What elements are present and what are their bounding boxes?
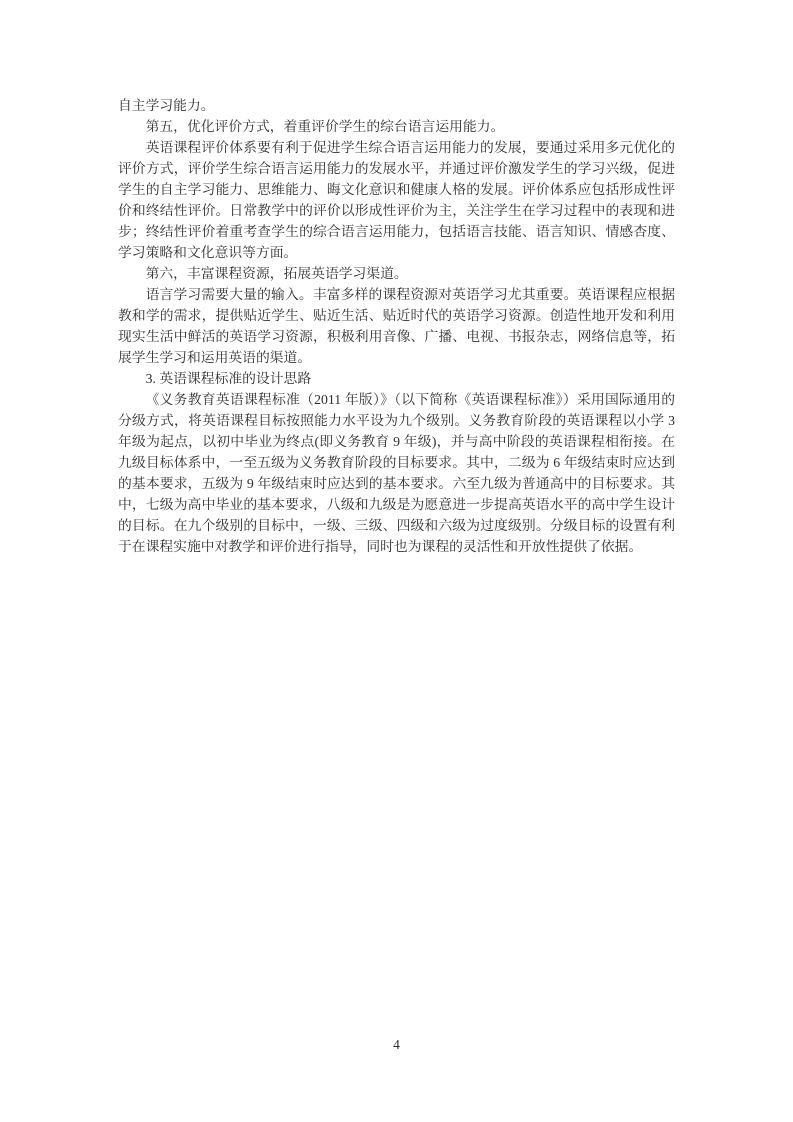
text-line: 分级方式，将英语课程目标按照能力水平设为九个级别。义务教育阶段的英语课程以小学 … [118, 410, 675, 431]
text-line: 3. 英语课程标准的设计思路 [118, 368, 675, 389]
page-footer: 4 [0, 1036, 793, 1054]
text-line: 英语课程评价体系要有利于促进学生综合语言运用能力的发展，要通过采用多元优化的 [118, 137, 675, 158]
text-line: 年级为起点，以初中毕业为终点(即义务教育 9 年级)，并与高中阶段的英语课程相衔… [118, 431, 675, 452]
text-line: 的目标。在九个级别的目标中，一级、三级、四级和六级为过度级别。分级目标的设置有利 [118, 515, 675, 536]
document-page: 自主学习能力。第五，优化评价方式，着重评价学生的综台语言运用能力。英语课程评价体… [0, 0, 793, 1122]
text-line: 于在课程实施中对教学和评价进行指导，同时也为课程的灵活性和开放性提供了依据。 [118, 536, 675, 557]
text-line: 现实生活中鲜活的英语学习资源，积极利用音像、广播、电视、书报杂志，网络信息等，拓 [118, 326, 675, 347]
text-block: 自主学习能力。第五，优化评价方式，着重评价学生的综台语言运用能力。英语课程评价体… [118, 95, 675, 557]
text-line: 中，七级为高中毕业的基本要求，八级和九级是为愿意进一步提高英语水平的高中学生设计 [118, 494, 675, 515]
text-line: 评价方式，评价学生综合语言运用能力的发展水平，并通过评价激发学生的学习兴级，促进 [118, 158, 675, 179]
text-line: 学习策略和文化意识等方面。 [118, 242, 675, 263]
text-line: 自主学习能力。 [118, 95, 675, 116]
text-line: 第五，优化评价方式，着重评价学生的综台语言运用能力。 [118, 116, 675, 137]
text-line: 九级目标体系中，一至五级为义务教育阶段的目标要求。其中，二级为 6 年级结束时应… [118, 452, 675, 473]
text-line: 学生的自主学习能力、思维能力、晦文化意识和健康人格的发展。评价体系应包括形成性评 [118, 179, 675, 200]
page-number: 4 [393, 1037, 400, 1052]
text-line: 的基本要求，五级为 9 年级结束时应达到的基本要求。六至九级为普通高中的目标要求… [118, 473, 675, 494]
text-line: 价和终结性评价。日常教学中的评价以形成性评价为主，关注学生在学习过程中的表现和进 [118, 200, 675, 221]
text-line: 教和学的需求，提供贴近学生、贴近生活、贴近时代的英语学习资源。创造性地开发和利用 [118, 305, 675, 326]
text-line: 步；终结性评价着重考查学生的综合语言运用能力，包括语言技能、语言知识、情感杏度、 [118, 221, 675, 242]
text-line: 《义务教育英语课程标准（2011 年版）》（以下简称《英语课程标准》）采用国际通… [118, 389, 675, 410]
text-line: 语言学习需要大量的输入。丰富多样的课程资源对英语学习尤其重要。英语课程应根据 [118, 284, 675, 305]
text-line: 展学生学习和运用英语的渠道。 [118, 347, 675, 368]
text-line: 第六，丰富课程资源，拓展英语学习渠道。 [118, 263, 675, 284]
